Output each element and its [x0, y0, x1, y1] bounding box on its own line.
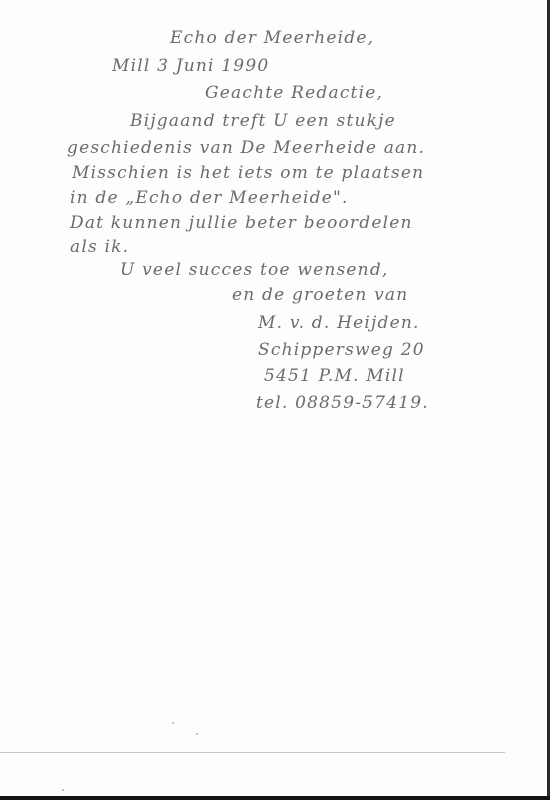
letter-heading: Echo der Meerheide,: [170, 28, 374, 48]
letter-body-line: geschiedenis van De Meerheide aan.: [67, 138, 425, 158]
letter-closing-line: en de groeten van: [232, 285, 408, 305]
scan-speck: [196, 733, 198, 735]
signature-name: M. v. d. Heijden.: [258, 313, 420, 333]
scan-border-bottom: [0, 796, 550, 800]
letter-body-line: Bijgaand treft U een stukje: [130, 111, 396, 131]
scan-speck: [62, 789, 64, 791]
letter-body-line: als ik.: [70, 237, 129, 257]
signature-street: Schippersweg 20: [258, 340, 425, 360]
letter-body-line: Dat kunnen jullie beter beoordelen: [70, 213, 413, 233]
scan-speck: [172, 722, 174, 724]
scanned-letter-page: Echo der Meerheide, Mill 3 Juni 1990 Gea…: [0, 0, 546, 796]
paper-fold-line: [0, 752, 505, 753]
letter-closing-line: U veel succes toe wensend,: [120, 260, 389, 280]
letter-date-line: Mill 3 Juni 1990: [112, 56, 269, 76]
letter-salutation: Geachte Redactie,: [205, 83, 383, 103]
signature-phone: tel. 08859-57419.: [256, 393, 429, 413]
signature-postal-city: 5451 P.M. Mill: [264, 366, 405, 386]
letter-body-line: Misschien is het iets om te plaatsen: [72, 163, 424, 183]
letter-body-line: in de „Echo der Meerheide".: [70, 188, 349, 208]
